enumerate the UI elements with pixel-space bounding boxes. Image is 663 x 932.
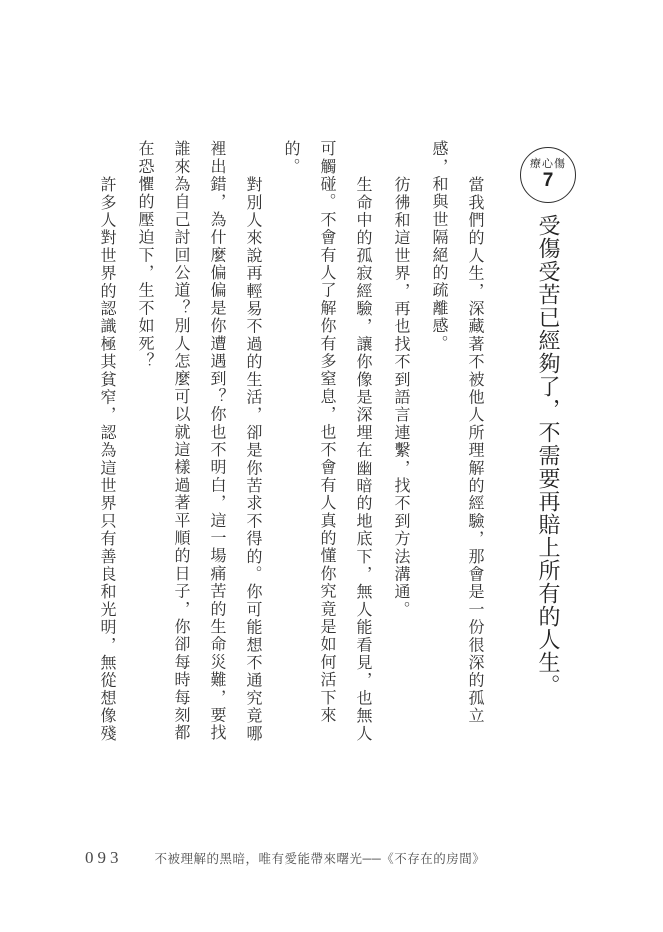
- chapter-badge: 療心傷 7: [520, 147, 576, 203]
- page-footer: 093 不被理解的黑暗，唯有愛能帶來曙光──《不存在的房間》: [85, 848, 485, 868]
- badge-number: 7: [543, 171, 554, 192]
- chapter-title: 受傷受苦已經夠了，不需要再賠上所有的人生。: [526, 214, 570, 734]
- running-title: 不被理解的黑暗，唯有愛能帶來曙光──《不存在的房間》: [155, 849, 486, 867]
- paragraph-5: 許多人對世界的認識極其貧窄，認為這世界只有善良和光明，無從想像殘: [88, 140, 124, 745]
- badge-label: 療心傷: [530, 158, 566, 170]
- paragraph-4: 對別人來說再輕易不過的生活，卻是你苦求不得的。你可能想不通究竟哪裡出錯，為什麼偏…: [126, 140, 270, 745]
- book-page: 療心傷 7 受傷受苦已經夠了，不需要再賠上所有的人生。 當我們的人生，深藏著不被…: [0, 0, 663, 932]
- body-text: 當我們的人生，深藏著不被他人所理解的經驗，那會是一份很深的孤立感，和與世隔絕的疏…: [74, 140, 494, 745]
- paragraph-3: 生命中的孤寂經驗，讓你像是深埋在幽暗的地底下，無人能看見，也無人可觸碰。不會有人…: [272, 140, 380, 745]
- page-number: 093: [85, 848, 123, 868]
- paragraph-2: 彷彿和這世界，再也找不到語言連繫，找不到方法溝通。: [382, 140, 418, 745]
- paragraph-1: 當我們的人生，深藏著不被他人所理解的經驗，那會是一份很深的孤立感，和與世隔絕的疏…: [420, 140, 492, 745]
